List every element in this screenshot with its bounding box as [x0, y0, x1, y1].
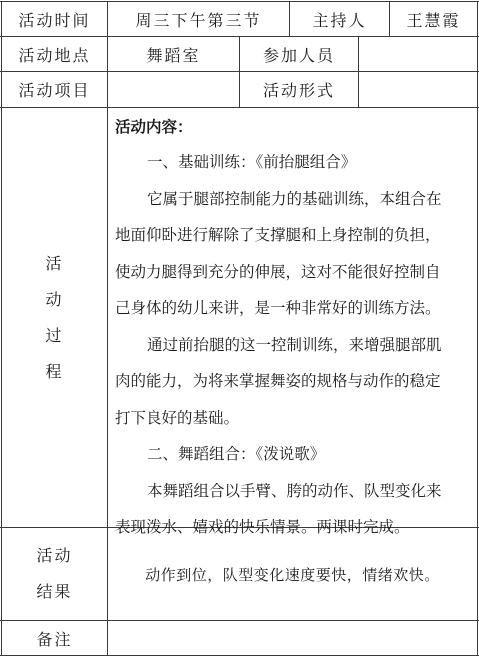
- host-label: 主持人: [290, 2, 389, 36]
- process-content: 活动内容： 一、基础训练：《前抬腿组合》 它属于腿部控制能力的基础训练，本组合在…: [115, 110, 471, 546]
- remarks-value: [108, 621, 477, 655]
- content-line: 地面仰卧进行解除了支撑腿和上身控制的负担，: [115, 217, 471, 254]
- result-label-line: 结果: [36, 574, 72, 610]
- content-line: 一、基础训练：《前抬腿组合》: [115, 144, 471, 181]
- process-label: 活 动 过 程: [2, 108, 107, 527]
- border-right: [477, 1, 478, 656]
- content-line: 肉的能力，为将来掌握舞姿的规格与动作的稳定: [115, 363, 471, 400]
- result-value: 动作到位，队型变化速度要快，情绪欢快。: [108, 528, 477, 620]
- participants-label: 参加人员: [240, 37, 358, 71]
- process-label-char: 过: [45, 318, 63, 354]
- time-value: 周三下午第三节: [108, 2, 289, 36]
- content-heading: 活动内容：: [115, 110, 471, 144]
- process-label-char: 动: [45, 282, 63, 318]
- place-value: 舞蹈室: [108, 37, 239, 71]
- result-label-line: 活动: [36, 538, 72, 574]
- project-value: [108, 72, 239, 107]
- process-label-char: 程: [45, 354, 63, 390]
- host-value: 王慧霞: [390, 2, 477, 36]
- process-label-char: 活: [45, 246, 63, 282]
- border-bottom: [0, 655, 479, 656]
- participants-value: [359, 37, 477, 71]
- content-line: 它属于腿部控制能力的基础训练，本组合在: [115, 181, 471, 218]
- result-label: 活动 结果: [2, 528, 107, 620]
- content-line: 本舞蹈组合以手臂、胯的动作、队型变化来: [115, 473, 471, 510]
- content-line: 使动力腿得到充分的伸展，这对不能很好控制自: [115, 254, 471, 291]
- time-label: 活动时间: [2, 2, 107, 36]
- form-value: [359, 72, 477, 107]
- content-line: 打下良好的基础。: [115, 400, 471, 437]
- content-line: 己身体的幼儿来讲，是一种非常好的训练方法。: [115, 290, 471, 327]
- place-label: 活动地点: [2, 37, 107, 71]
- remarks-label: 备注: [2, 621, 107, 655]
- content-line: 通过前抬腿的这一控制训练，来增强腿部肌: [115, 327, 471, 364]
- content-line: 二、舞蹈组合：《泼说歌》: [115, 436, 471, 473]
- form-label: 活动形式: [240, 72, 358, 107]
- project-label: 活动项目: [2, 72, 107, 107]
